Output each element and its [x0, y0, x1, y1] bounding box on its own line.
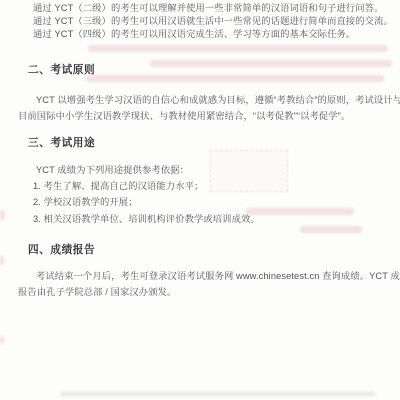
- intro-line-yct4: 通过 YCT（四级）的考生可以用汉语完成生活、学习等方面的基本交际任务。: [18, 28, 396, 41]
- scanned-document-page: 通过 YCT（二级）的考生可以理解并使用一些非常简单的汉语词语和句子进行问答。 …: [0, 0, 400, 400]
- page-content: 通过 YCT（二级）的考生可以理解并使用一些非常简单的汉语词语和句子进行问答。 …: [0, 0, 400, 300]
- scan-bottom-smudge: [60, 392, 375, 396]
- paragraph-line: 考试结束一个月后，考生可登录汉语考试服务网 www.chinesetest.cn…: [18, 268, 396, 284]
- section-heading-score-report: 四、成绩报告: [28, 243, 396, 257]
- section-heading-exam-uses: 三、考试用途: [28, 136, 396, 150]
- intro-line-yct3: 通过 YCT（三级）的考生可以用汉语就生活中一些常见的话题进行简单而直接的交流。: [18, 15, 396, 28]
- list-item: 3. 相关汉语教学单位、培训机构评价教学或培训成效。: [18, 211, 396, 227]
- section-heading-exam-principles: 二、考试原则: [28, 63, 396, 77]
- scan-edge-mark: [0, 336, 4, 344]
- paragraph-line: YCT 成绩为下列用途提供参考依据：: [18, 162, 396, 178]
- paragraph-line: 目前国际中小学生汉语教学现状、与教材使用紧密结合，“以考促教”“以考促学”。: [18, 108, 396, 124]
- paragraph-line: 报告由孔子学院总部 / 国家汉办颁发。: [18, 284, 396, 300]
- list-item: 2. 学校汉语教学的开展；: [18, 194, 396, 210]
- list-item: 1. 考生了解、提高自己的汉语能力水平；: [18, 178, 396, 194]
- paragraph-line: YCT 以增强考生学习汉语的自信心和成就感为目标，遵循“考教结合”的原则，考试设…: [18, 92, 396, 108]
- intro-line-yct2: 通过 YCT（二级）的考生可以理解并使用一些非常简单的汉语词语和句子进行问答。: [18, 2, 396, 15]
